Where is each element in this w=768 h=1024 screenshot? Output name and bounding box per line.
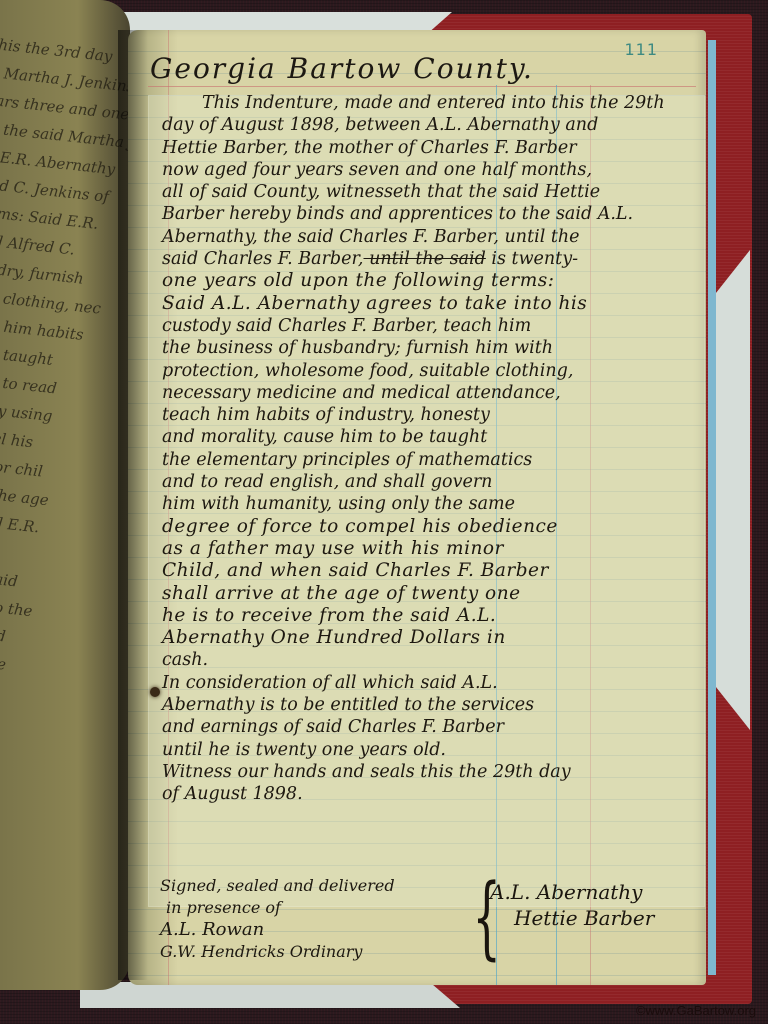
text-line: Witness our hands and seals this the 29t…	[162, 761, 682, 783]
text-line: he is to receive from the said A.L.	[162, 605, 682, 627]
text-line: day of August 1898, between A.L. Abernat…	[162, 114, 682, 136]
signature-abernathy: A.L. Abernathy	[490, 879, 654, 905]
attestation: Signed, sealed and delivered in presence…	[160, 875, 395, 963]
text-line: necessary medicine and medical attendanc…	[162, 382, 682, 404]
text-line: Abernathy One Hundred Dollars in	[162, 627, 682, 649]
text-line: of August 1898.	[162, 783, 682, 805]
watermark: ©www.GaBartow.org	[636, 1003, 756, 1018]
right-page: 111 Georgia Bartow County. This Indentur…	[128, 30, 706, 985]
witness-1: A.L. Rowan	[160, 919, 395, 941]
text-line: custody said Charles F. Barber, teach hi…	[162, 315, 682, 337]
attestation-line-2: in presence of	[160, 897, 395, 919]
left-page-text: this the 3rd dayd Martha J. Jenkins thee…	[0, 30, 130, 990]
text-line: Hettie Barber, the mother of Charles F. …	[162, 137, 682, 159]
text-line: Said A.L. Abernathy agrees to take into …	[162, 293, 682, 315]
signature-barber: Hettie Barber	[490, 905, 654, 931]
attestation-line-1: Signed, sealed and delivered	[160, 875, 395, 897]
left-page: this the 3rd dayd Martha J. Jenkins thee…	[0, 0, 130, 990]
text-line: the elementary principles of mathematics	[162, 449, 682, 471]
text-line: Barber hereby binds and apprentices to t…	[162, 203, 682, 225]
text-line: said Charles F. Barber, until the said i…	[162, 248, 682, 270]
text-line: teach him habits of industry, honesty	[162, 404, 682, 426]
struck-text: until the said	[364, 249, 486, 269]
text-line: and to read english, and shall govern	[162, 471, 682, 493]
book-gutter-shadow	[118, 30, 148, 980]
cloth-binding-right	[712, 250, 750, 730]
text-line: degree of force to compel his obedience	[162, 516, 682, 538]
text-line: as a father may use with his minor	[162, 538, 682, 560]
text-line: Child, and when said Charles F. Barber	[162, 560, 682, 582]
text-line: one years old upon the following terms:	[162, 270, 682, 292]
cloth-binding-bottom	[80, 982, 460, 1008]
text-line: Abernathy, the said Charles F. Barber, u…	[162, 226, 682, 248]
text-line: all of said County, witnesseth that the …	[162, 181, 682, 203]
page-edge-blue	[708, 40, 716, 975]
text-line: In consideration of all which said A.L.	[162, 672, 682, 694]
signature-block: Signed, sealed and delivered in presence…	[128, 875, 706, 985]
text-line: until he is twenty one years old.	[162, 739, 682, 761]
text-line: him with humanity, using only the same	[162, 493, 682, 515]
witness-2: G.W. Hendricks Ordinary	[160, 941, 395, 963]
page-number: 111	[624, 40, 658, 59]
document-heading: Georgia Bartow County.	[150, 52, 534, 85]
text-line: the business of husbandry; furnish him w…	[162, 337, 682, 359]
text-line: and morality, cause him to be taught	[162, 426, 682, 448]
text-line: shall arrive at the age of twenty one	[162, 583, 682, 605]
text-line: cash.	[162, 649, 682, 671]
text-line: and earnings of said Charles F. Barber	[162, 716, 682, 738]
signatories: A.L. Abernathy Hettie Barber	[490, 879, 654, 931]
text-line: Abernathy is to be entitled to the servi…	[162, 694, 682, 716]
text-line: now aged four years seven and one half m…	[162, 159, 682, 181]
text-line: protection, wholesome food, suitable clo…	[162, 360, 682, 382]
text-line: This Indenture, made and entered into th…	[162, 92, 682, 114]
ink-blot	[150, 687, 160, 697]
ruling-red-horizontal	[148, 86, 696, 87]
indenture-body: This Indenture, made and entered into th…	[162, 92, 682, 806]
